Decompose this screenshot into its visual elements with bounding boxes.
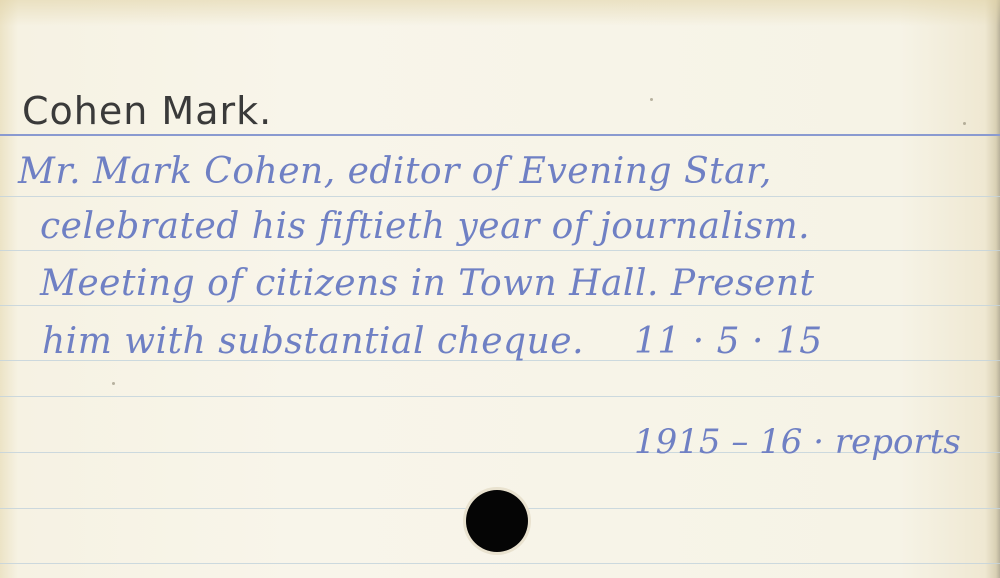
- paper-speck: [963, 122, 966, 125]
- ruled-line: [0, 196, 1000, 197]
- punch-hole: [466, 490, 528, 552]
- heading-rule: [0, 134, 1000, 136]
- source-reference: 1915 – 16 · reports: [634, 420, 961, 464]
- body-line-4: him with substantial cheque.11 · 5 · 15: [42, 320, 823, 364]
- paper-speck: [650, 98, 653, 101]
- body-line-3: Meeting of citizens in Town Hall. Presen…: [40, 262, 815, 306]
- paper-speck: [112, 382, 115, 385]
- ruled-line: [0, 250, 1000, 251]
- ruled-line: [0, 563, 1000, 564]
- entry-date: 11 · 5 · 15: [634, 321, 823, 362]
- body-line-4-text: him with substantial cheque.: [42, 321, 584, 362]
- body-line-2: celebrated his fiftieth year of journali…: [40, 205, 810, 249]
- card-heading: Cohen Mark.: [22, 88, 272, 134]
- body-line-1: Mr. Mark Cohen, editor of Evening Star,: [18, 150, 772, 194]
- index-card: Cohen Mark. Mr. Mark Cohen, editor of Ev…: [0, 0, 1000, 578]
- ruled-line: [0, 396, 1000, 397]
